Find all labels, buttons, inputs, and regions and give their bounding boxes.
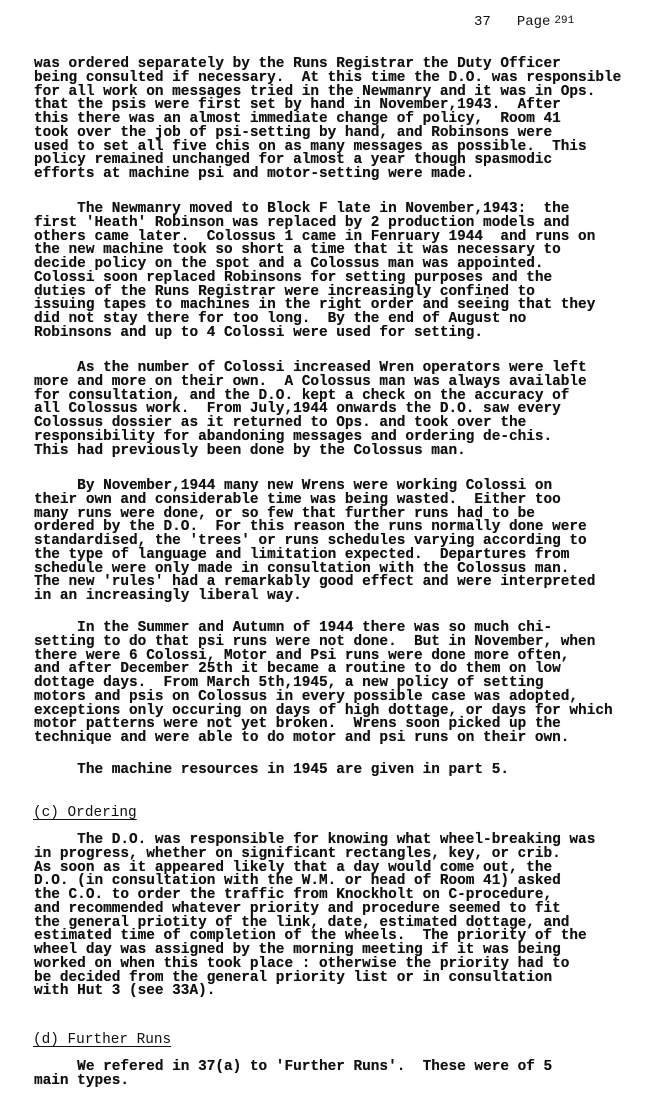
paragraph-6: The machine resources in 1945 are given … [34,764,509,778]
page-number: 291 [554,15,574,27]
page-label: Page [517,14,551,30]
text-line: with Hut 3 (see 33A). [34,985,595,999]
paragraph-3: As the number of Colossi increased Wren … [34,362,587,458]
text-line: in an increasingly liberal way. [34,590,595,604]
text-line: efforts at machine psi and motor-setting… [34,168,621,182]
text-line: This had previously been done by the Col… [34,445,587,459]
section-c-heading: (c) Ordering [33,806,137,820]
section-d-body: We refered in 37(a) to 'Further Runs'. T… [34,1061,552,1089]
text-line: Robinsons and up to 4 Colossi were used … [34,327,595,341]
text-line: main types. [34,1075,552,1089]
paragraph-5: In the Summer and Autumn of 1944 there w… [34,622,613,746]
section-number: 37 [474,14,491,30]
paragraph-4: By November,1944 many new Wrens were wor… [34,480,595,604]
text-line: The machine resources in 1945 are given … [34,764,509,778]
page-header: 37Page291 [474,14,574,30]
paragraph-2: The Newmanry moved to Block F late in No… [34,203,595,341]
text-line: technique and were able to do motor and … [34,732,613,746]
section-d-heading: (d) Further Runs [33,1033,171,1047]
document-page: 37Page291 was ordered separately by the … [0,0,650,1110]
section-c-body: The D.O. was responsible for knowing wha… [34,834,595,999]
paragraph-1: was ordered separately by the Runs Regis… [34,58,621,182]
